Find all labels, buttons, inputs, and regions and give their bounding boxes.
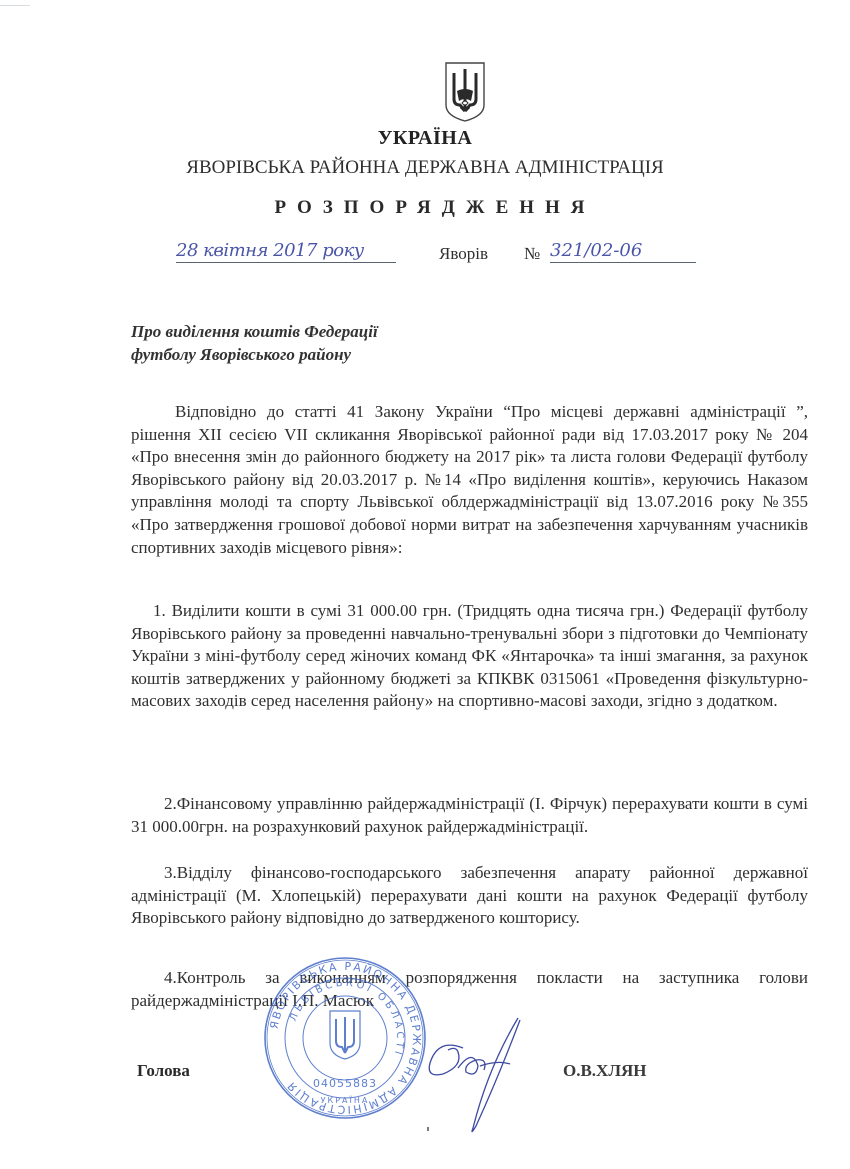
country-heading: УКРАЇНА — [0, 127, 850, 150]
svg-text:04055883: 04055883 — [313, 1077, 377, 1090]
clause-3: 3.Відділу фінансово-господарського забез… — [131, 862, 808, 930]
issue-place: Яворів — [439, 244, 488, 264]
signatory-name: О.В.ХЛЯН — [563, 1061, 647, 1081]
subject-line-2: футболу Яворівського району — [131, 343, 378, 366]
number-sign: № — [524, 244, 540, 264]
organization-name: ЯВОРІВСЬКА РАЙОННА ДЕРЖАВНА АДМІНІСТРАЦІ… — [0, 157, 850, 179]
handwritten-document-number: 321/02-06 — [550, 240, 696, 263]
clause-text: 3.Відділу фінансово-господарського забез… — [131, 863, 808, 927]
clause-text: 4.Контроль за виконанням розпорядження п… — [131, 968, 808, 1010]
document-subject: Про виділення коштів Федерації футболу Я… — [131, 320, 378, 366]
scan-artifact-mark — [427, 1127, 429, 1131]
preamble-text: Відповідно до статті 41 Закону України “… — [131, 402, 808, 557]
clause-4: 4.Контроль за виконанням розпорядження п… — [131, 967, 808, 1012]
clause-1: 1. Виділити кошти в сумі 31 000.00 грн. … — [131, 600, 808, 713]
handwritten-date: 28 квітня 2017 року — [176, 240, 396, 263]
handwritten-signature-icon — [418, 1008, 528, 1138]
document-type-title: РОЗПОРЯДЖЕННЯ — [0, 197, 850, 219]
official-round-seal-icon: ЯВОРІВСЬКА РАЙОННА ДЕРЖАВНА АДМІНІСТРАЦІ… — [262, 955, 428, 1121]
tryzub-coat-of-arms-icon — [443, 61, 487, 123]
scan-edge-mark — [0, 5, 30, 6]
preamble-paragraph: Відповідно до статті 41 Закону України “… — [131, 401, 808, 559]
subject-line-1: Про виділення коштів Федерації — [131, 320, 378, 343]
clause-2: 2.Фінансовому управлінню райдержадмініст… — [131, 793, 808, 838]
svg-text:УКРАЇНА: УКРАЇНА — [321, 1095, 370, 1105]
clause-text: 2.Фінансовому управлінню райдержадмініст… — [131, 794, 808, 836]
signatory-title: Голова — [137, 1061, 190, 1081]
clause-text: 1. Виділити кошти в сумі 31 000.00 грн. … — [131, 601, 808, 710]
svg-text:ЛЬВІВСЬКОЇ ОБЛАСТІ: ЛЬВІВСЬКОЇ ОБЛАСТІ — [288, 978, 405, 1059]
